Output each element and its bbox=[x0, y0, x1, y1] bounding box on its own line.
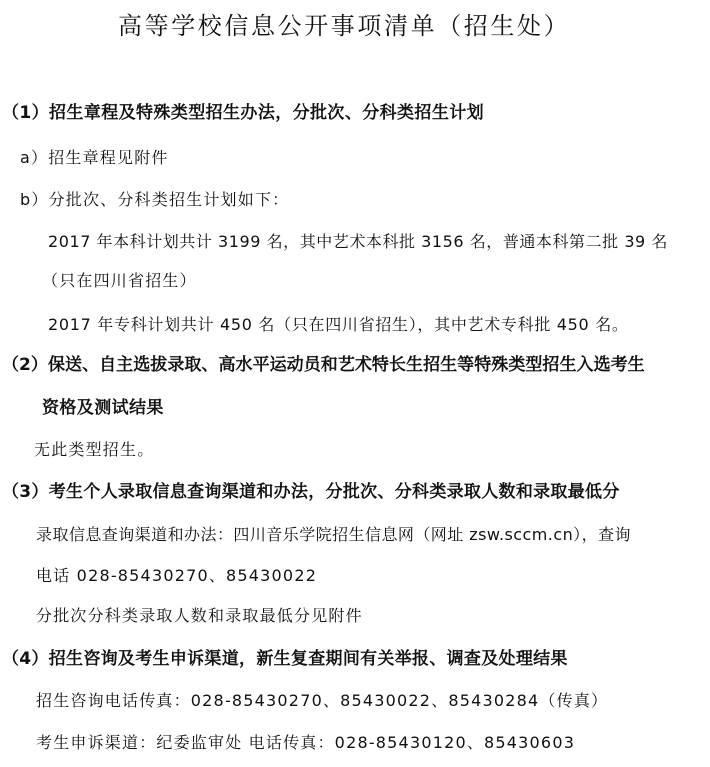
section-2-heading-cont: 资格及测试结果 bbox=[42, 400, 164, 417]
section-2-heading: （2）保送、自主选拔录取、高水平运动员和艺术特长生招生等特殊类型招生入选考生 bbox=[2, 357, 645, 374]
section-2-text: 无此类型招生。 bbox=[34, 442, 154, 458]
section-4-appeal-channel: 考生申诉渠道：纪委监审处 电话传真：028-85430120、85430603 bbox=[36, 735, 575, 751]
section-4-heading: （4）招生咨询及考生申诉渠道，新生复查期间有关举报、调查及处理结果 bbox=[2, 651, 568, 668]
section-3-heading: （3）考生个人录取信息查询渠道和办法，分批次、分科类录取人数和录取最低分 bbox=[2, 484, 620, 501]
section-1-heading: （1）招生章程及特殊类型招生办法，分批次、分科类招生计划 bbox=[2, 105, 484, 122]
section-1-undergrad-note: （只在四川省招生） bbox=[42, 273, 197, 289]
section-1-item-a: a）招生章程见附件 bbox=[20, 150, 169, 166]
page-title: 高等学校信息公开事项清单（招生处） bbox=[118, 14, 570, 38]
section-1-junior-plan: 2017 年专科计划共计 450 名（只在四川省招生），其中艺术专科批 450 … bbox=[48, 317, 629, 333]
section-1-item-b: b）分批次、分科类招生计划如下： bbox=[20, 192, 289, 208]
section-3-phone: 电话 028-85430270、85430022 bbox=[36, 568, 317, 584]
section-3-query-channel: 录取信息查询渠道和办法：四川音乐学院招生信息网（网址 zsw.sccm.cn），… bbox=[36, 527, 631, 543]
section-1-undergrad-plan: 2017 年本科计划共计 3199 名，其中艺术本科批 3156 名，普通本科第… bbox=[48, 234, 668, 250]
section-3-attachment-note: 分批次分科类录取人数和录取最低分见附件 bbox=[36, 608, 363, 624]
section-4-consult-phone: 招生咨询电话传真：028-85430270、85430022、85430284（… bbox=[36, 693, 608, 709]
